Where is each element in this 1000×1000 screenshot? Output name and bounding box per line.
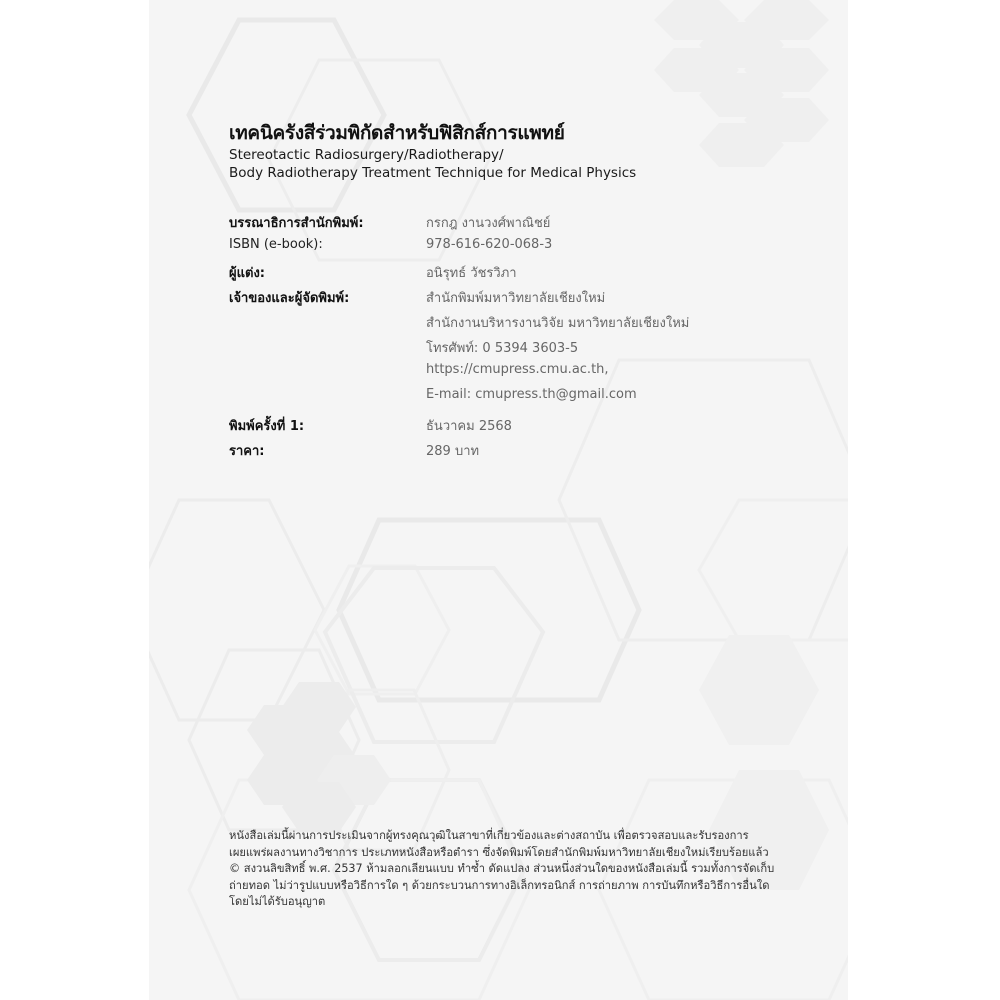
publisher-label: เจ้าของและผู้จัดพิมพ์: <box>229 287 349 308</box>
edition-date: ธันวาคม 2568 <box>426 415 512 440</box>
author-name: อนิรุทธ์ วัชรวิภา <box>426 262 517 287</box>
notice-line: © สงวนลิขสิทธิ์ พ.ศ. 2537 ห้ามลอกเลียนแบ… <box>229 861 789 878</box>
notice-line: ถ่ายทอด ไม่ว่ารูปแบบหรือวิธีการใด ๆ ด้วย… <box>229 878 789 895</box>
notice-line: หนังสือเล่มนี้ผ่านการประเมินจากผู้ทรงคุณ… <box>229 828 789 845</box>
edition-value: ธันวาคม 2568 <box>426 415 512 440</box>
isbn-number: 978-616-620-068-3 <box>426 237 552 262</box>
author-label: ผู้แต่ง: <box>229 262 265 283</box>
editor-name: กรกฎ งานวงศ์พาณิชย์ <box>426 212 550 237</box>
editor-label: บรรณาธิการสำนักพิมพ์: <box>229 212 364 233</box>
editor-row: บรรณาธิการสำนักพิมพ์: กรกฎ งานวงศ์พาณิชย… <box>229 212 789 237</box>
notice-line: เผยแพร่ผลงานทางวิชาการ ประเภทหนังสือหรือ… <box>229 845 789 862</box>
price-label: ราคา: <box>229 440 264 461</box>
book-title-english-line1: Stereotactic Radiosurgery/Radiotherapy/ <box>229 147 504 163</box>
isbn-row: ISBN (e-book): 978-616-620-068-3 <box>229 237 789 262</box>
price-value: 289 บาท <box>426 440 479 465</box>
notice-line: โดยไม่ได้รับอนุญาต <box>229 894 789 911</box>
publisher-website: https://cmupress.cmu.ac.th, <box>426 362 689 387</box>
price-amount: 289 บาท <box>426 440 479 465</box>
edition-label: พิมพ์ครั้งที่ 1: <box>229 415 304 436</box>
isbn-value: 978-616-620-068-3 <box>426 237 552 262</box>
book-copyright-page: เทคนิครังสีร่วมพิกัดสำหรับฟิสิกส์การแพทย… <box>149 0 848 1000</box>
editor-value: กรกฎ งานวงศ์พาณิชย์ <box>426 212 550 237</box>
author-value: อนิรุทธ์ วัชรวิภา <box>426 262 517 287</box>
book-title-thai: เทคนิครังสีร่วมพิกัดสำหรับฟิสิกส์การแพทย… <box>229 118 565 148</box>
publisher-email: E-mail: cmupress.th@gmail.com <box>426 387 689 412</box>
book-title-english-line2: Body Radiotherapy Treatment Technique fo… <box>229 165 636 181</box>
author-row: ผู้แต่ง: อนิรุทธ์ วัชรวิภา <box>229 262 789 287</box>
price-row: ราคา: 289 บาท <box>229 440 789 465</box>
publisher-name: สำนักพิมพ์มหาวิทยาลัยเชียงใหม่ <box>426 287 689 312</box>
copyright-notice: หนังสือเล่มนี้ผ่านการประเมินจากผู้ทรงคุณ… <box>229 828 789 911</box>
publisher-phone: โทรศัพท์: 0 5394 3603-5 <box>426 337 689 362</box>
publisher-row: เจ้าของและผู้จัดพิมพ์: สำนักพิมพ์มหาวิทย… <box>229 287 789 412</box>
publisher-office: สำนักงานบริหารงานวิจัย มหาวิทยาลัยเชียงใ… <box>426 312 689 337</box>
isbn-label: ISBN (e-book): <box>229 237 323 252</box>
publication-metadata: บรรณาธิการสำนักพิมพ์: กรกฎ งานวงศ์พาณิชย… <box>229 212 789 465</box>
edition-row: พิมพ์ครั้งที่ 1: ธันวาคม 2568 <box>229 415 789 440</box>
publisher-value: สำนักพิมพ์มหาวิทยาลัยเชียงใหม่ สำนักงานบ… <box>426 287 689 412</box>
